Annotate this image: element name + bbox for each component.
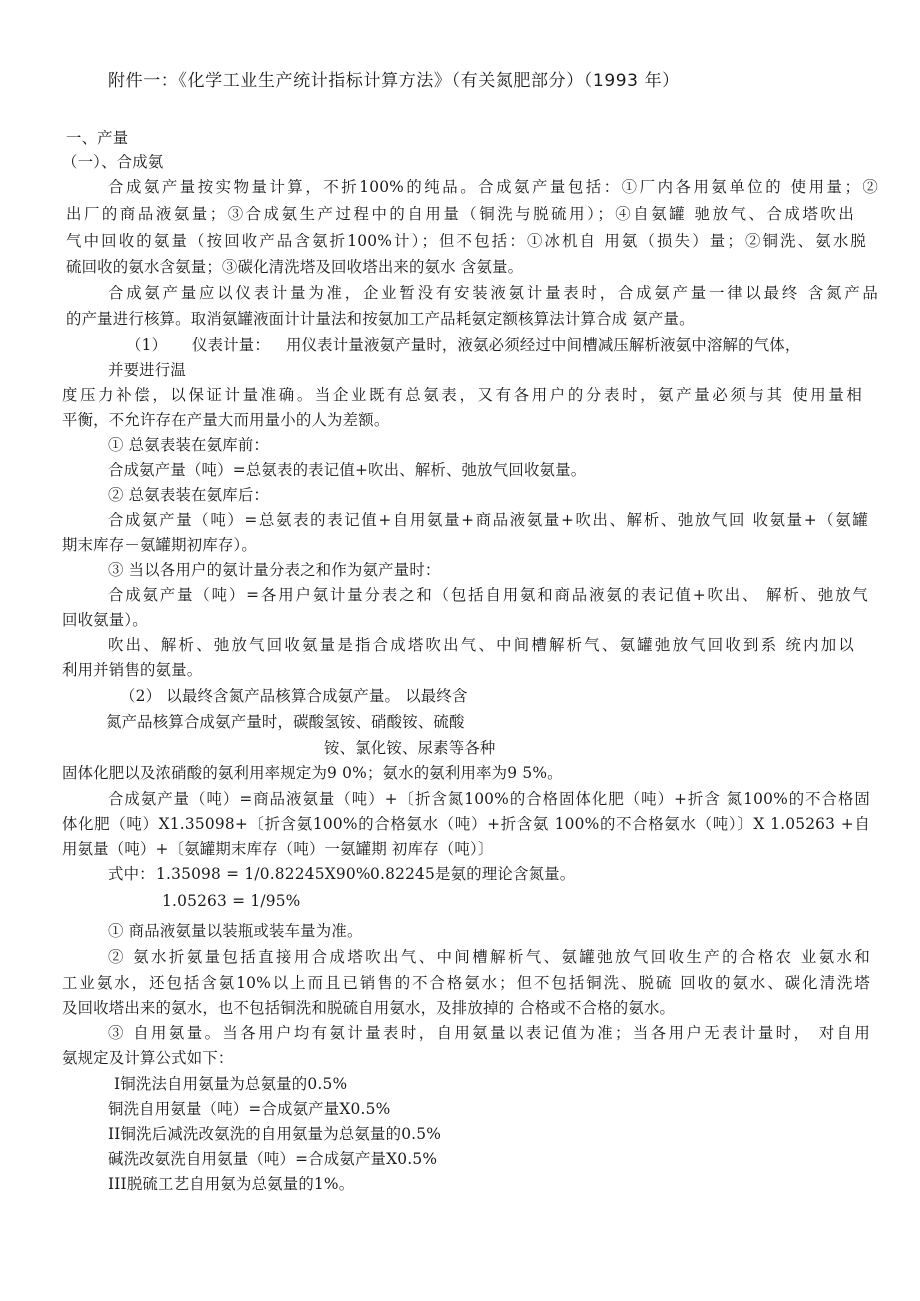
paragraph-line: 吹出、解析、弛放气回收氨量是指合成塔吹出气、中间槽解析气、氨罐弛放气回收到系 统…: [108, 634, 854, 656]
paragraph-line: 气中回收的氨量（按回收产品含氨折100%计）；但不包括：①冰机自 用氨（损失）量…: [66, 230, 866, 252]
paragraph-line: 合成氨产量按实物量计算，不折100%的纯品。合成氨产量包括：①厂内各用氨单位的 …: [108, 176, 878, 198]
case-heading: ① 总氨表装在氨库前：: [108, 434, 269, 456]
paragraph-line: 利用并销售的氨量。: [62, 659, 202, 681]
formula-line: 用氨量（吨）+〔氨罐期末库存（吨）一氨罐期 初库存（吨）〕: [62, 838, 493, 860]
item-number: （1）: [126, 334, 167, 356]
paragraph-line: 用仪表计量液氨产量时，液氨必须经过中间槽减压解析液氨中溶解的气体，: [286, 334, 801, 356]
subsection-heading: （一）、合成氨: [62, 151, 163, 173]
item-2-line: （2） 以最终含氮产品核算合成氨产量。 以最终含: [120, 685, 468, 707]
equation-note: 0.82245是氨的理论含氮量。: [370, 863, 575, 885]
formula-line: 期末库存－氨罐期初库存）。: [62, 534, 257, 556]
document-title: 附件一：《化学工业生产统计指标计算方法》（有关氮肥部分）（1993 年）: [108, 70, 680, 92]
formula-line: 体化肥（吨）X1.35098+〔折含氨100%的合格氨水（吨）+折含氨 100%…: [62, 813, 870, 835]
note-line: ③ 自用氨量。当各用户均有氨计量表时，自用氨量以表记值为准；当各用户无表计量时，…: [108, 1022, 870, 1044]
where-label: 式中：: [108, 863, 155, 885]
paragraph-line: 的产量进行核算。取消氨罐液面计计量法和按氨加工产品耗氨定额核算法计算合成 氨产量…: [66, 308, 695, 330]
document-page: 附件一：《化学工业生产统计指标计算方法》（有关氮肥部分）（1993 年） 一、产…: [0, 0, 920, 1301]
note-line: 工业氨水，还包括含氨10%以上而且已销售的不合格氨水；但不包括铜洗、脱硫 回收的…: [62, 972, 870, 994]
self-use-item: 铜洗自用氨量（吨）=合成氨产量X0.5%: [108, 1098, 390, 1120]
self-use-item: III脱硫工艺自用氨为总氨量的1%。: [108, 1173, 354, 1195]
paragraph-line: 硫回收的氨水含氨量；③碳化清洗塔及回收塔出来的氨水 含氨量。: [66, 256, 523, 278]
note-line: 氨规定及计算公式如下：: [62, 1047, 234, 1069]
self-use-item: 碱洗改氨洗自用氨量（吨）=合成氨产量X0.5%: [108, 1148, 437, 1170]
case-heading: ③ 当以各用户的氨计量分表之和作为氨产量时：: [108, 559, 441, 581]
self-use-item: II铜洗后减洗改氨洗的自用氨量为总氨量的0.5%: [108, 1123, 441, 1145]
item-2-line: 铵、氯化铵、尿素等各种: [324, 737, 496, 759]
paragraph-line: 度压力补偿，以保证计量准确。当企业既有总氨表，又有各用户的分表时，氨产量必须与其…: [62, 384, 862, 406]
paragraph-line: 平衡，不允许存在产量大而用量小的人为差额。: [62, 409, 389, 431]
equation: 1.35098 = 1/0.82245X90%: [156, 863, 371, 885]
paragraph-line: 合成氨产量应以仪表计量为准，企业暂没有安装液氨计量表时，合成氨产量一律以最终 含…: [108, 282, 878, 304]
item-label: 仪表计量：: [192, 334, 270, 356]
formula-line: 合成氨产量（吨）=总氨表的表记值+吹出、解析、弛放气回收氨量。: [108, 459, 586, 481]
formula-line: 合成氨产量（吨）=总氨表的表记值+自用氨量+商品液氨量+吹出、解析、弛放气回 收…: [108, 509, 868, 531]
paragraph-line: 出厂的商品液氨量；③合成氨生产过程中的自用量（铜洗与脱硫用）；④自氨罐 驰放气、…: [66, 203, 854, 225]
formula-line: 合成氨产量（吨）=商品液氨量（吨）+〔折含氮100%的合格固体化肥（吨）+折含 …: [108, 788, 870, 810]
note-line: ② 氨水折氨量包括直接用合成塔吹出气、中间槽解析气、氨罐弛放气回收生产的合格农 …: [108, 946, 870, 968]
paragraph-line: 并要进行温: [108, 359, 186, 381]
section-heading: 一、产量: [66, 127, 128, 149]
self-use-item: I铜洗法自用氨量为总氨量的0.5%: [114, 1073, 347, 1095]
case-heading: ② 总氨表装在氨库后：: [108, 484, 269, 506]
item-2-line: 固体化肥以及浓硝酸的氨利用率规定为9 0%；氨水的氨利用率为9 5%。: [62, 762, 563, 784]
formula-line: 回收氨量）。: [62, 609, 148, 631]
note-line: 及回收塔出来的氨水，也不包括铜洗和脱硫自用氨水，及排放掉的 合格或不合格的氨水。: [62, 997, 675, 1019]
equation: 1.05263 = 1/95%: [162, 890, 301, 912]
note-item: ① 商品液氨量以装瓶或装车量为准。: [108, 920, 363, 942]
formula-line: 合成氨产量（吨）=各用户氨计量分表之和（包括自用氨和商品液氨的表记值+吹出、 解…: [108, 584, 868, 606]
item-2-line: 氮产品核算合成氨产量时，碳酸氢铵、硝酸铵、硫酸: [106, 711, 465, 733]
